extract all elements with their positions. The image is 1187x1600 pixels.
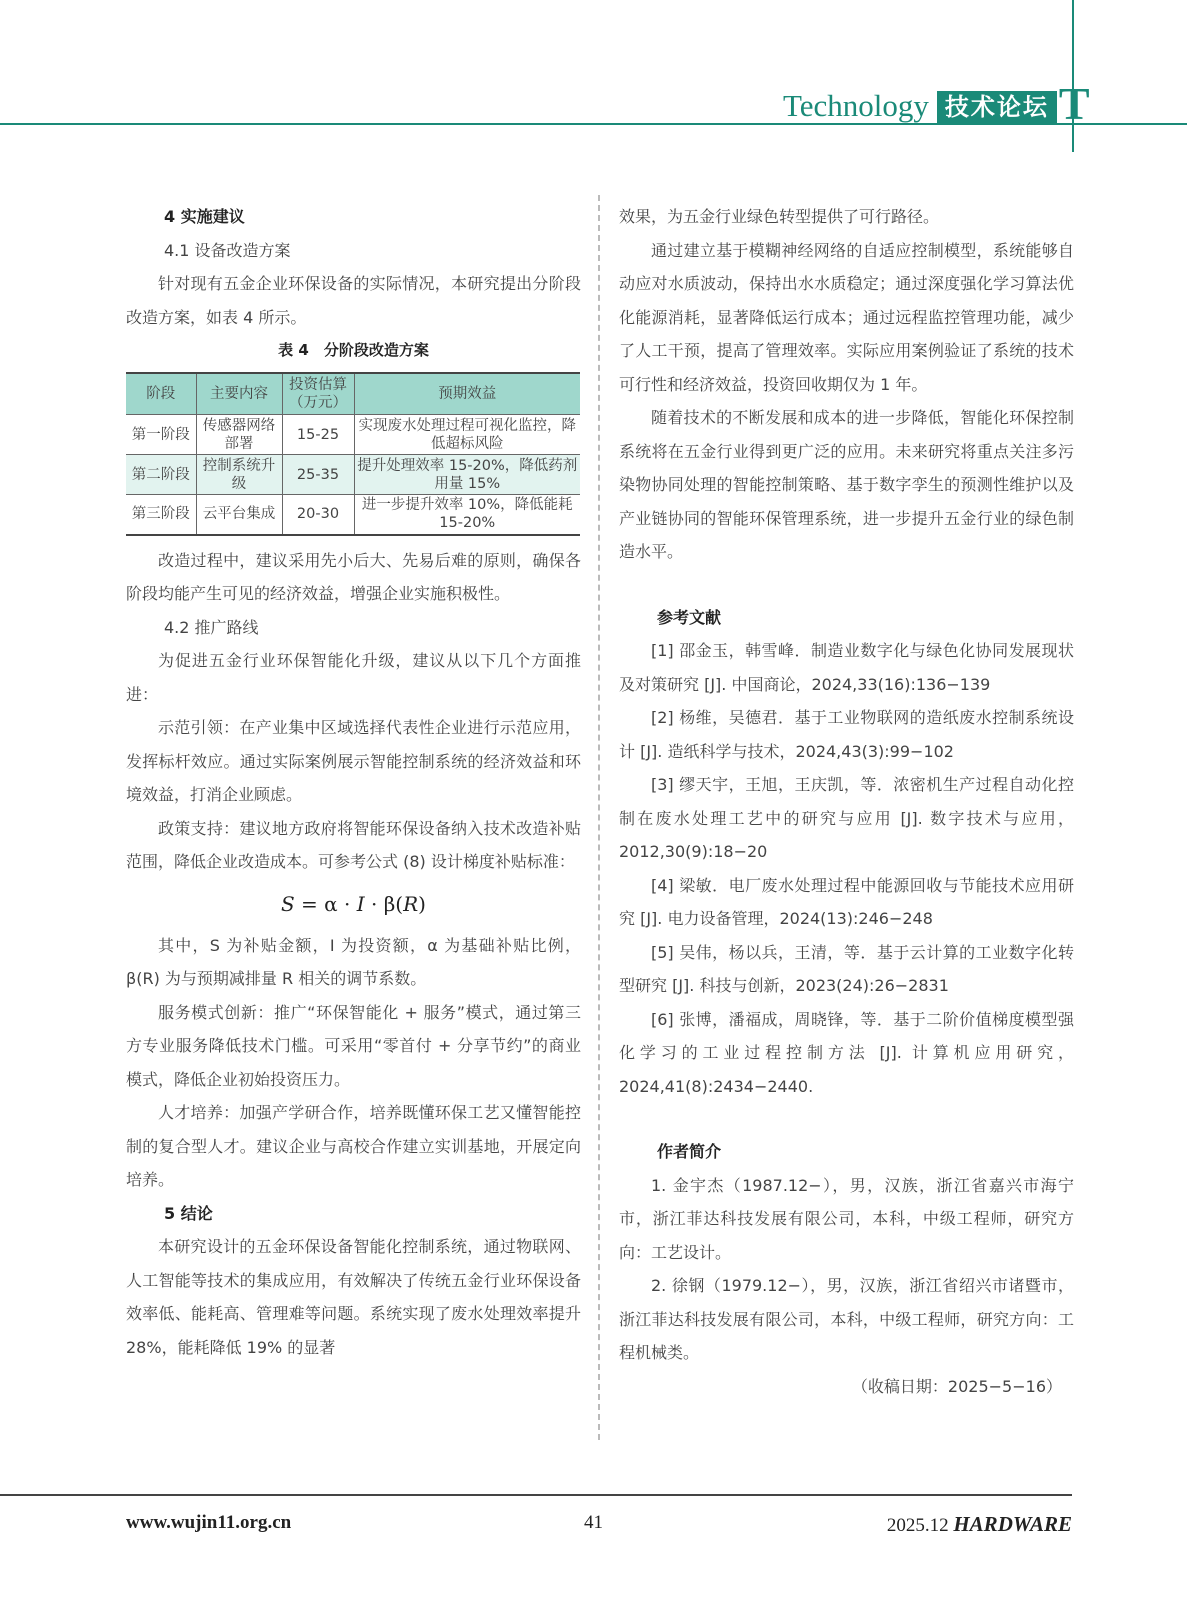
reference-item: [4] 梁敏．电厂废水处理过程中能源回收与节能技术应用研究 [J]. 电力设备管… bbox=[619, 869, 1074, 936]
table-header-row: 阶段 主要内容 投资估算（万元） 预期效益 bbox=[126, 373, 580, 415]
reference-item: [5] 吴伟，杨以兵，王清，等．基于云计算的工业数字化转型研究 [J]. 科技与… bbox=[619, 936, 1074, 1003]
table-row: 第三阶段 云平台集成 20-30 进一步提升效率 10%，降低能耗 15-20% bbox=[126, 495, 580, 535]
subsection-heading-4-2: 4.2 推广路线 bbox=[126, 611, 581, 645]
table-cell: 第一阶段 bbox=[126, 415, 196, 455]
table-cell: 提升处理效率 15-20%，降低药剂用量 15% bbox=[354, 455, 580, 495]
table-cell: 控制系统升级 bbox=[196, 455, 282, 495]
table-header-cell: 阶段 bbox=[126, 373, 196, 415]
reference-item: [6] 张博，潘福成，周晓锋，等．基于二阶价值梯度模型强化学习的工业过程控制方法… bbox=[619, 1003, 1074, 1104]
table-cell: 进一步提升效率 10%，降低能耗 15-20% bbox=[354, 495, 580, 535]
section-heading-4: 4 实施建议 bbox=[126, 200, 581, 234]
table-cell: 传感器网络部署 bbox=[196, 415, 282, 455]
page-number: 41 bbox=[584, 1512, 603, 1534]
paragraph: 为促进五金行业环保智能化升级，建议从以下几个方面推进： bbox=[126, 644, 581, 711]
table-header-cell: 投资估算（万元） bbox=[282, 373, 354, 415]
paragraph: 效果，为五金行业绿色转型提供了可行路径。 bbox=[619, 200, 1074, 234]
section-heading-5: 5 结论 bbox=[126, 1197, 581, 1231]
table-cell: 实现废水处理过程可视化监控，降低超标风险 bbox=[354, 415, 580, 455]
magazine-name: HARDWARE bbox=[953, 1512, 1072, 1536]
phase-plan-table: 阶段 主要内容 投资估算（万元） 预期效益 第一阶段 传感器网络部署 15-25… bbox=[126, 372, 580, 536]
table-cell: 第二阶段 bbox=[126, 455, 196, 495]
brand-chinese: 技术论坛 bbox=[937, 91, 1057, 124]
paragraph: 改造过程中，建议采用先小后大、先易后难的原则，确保各阶段均能产生可见的经济效益，… bbox=[126, 544, 581, 611]
section-header-brand: Technology 技术论坛 T bbox=[783, 86, 1090, 124]
table-caption: 表 4 分阶段改造方案 bbox=[126, 336, 581, 364]
author-bio: 1. 金宇杰（1987.12−），男，汉族，浙江省嘉兴市海宁市，浙江菲达科技发展… bbox=[619, 1169, 1074, 1270]
paragraph: 其中，S 为补贴金额，I 为投资额，α 为基础补贴比例，β(R) 为与预期减排量… bbox=[126, 929, 581, 996]
table-cell: 15-25 bbox=[282, 415, 354, 455]
references-heading: 参考文献 bbox=[619, 601, 1074, 635]
table-header-cell: 主要内容 bbox=[196, 373, 282, 415]
left-column: 4 实施建议 4.1 设备改造方案 针对现有五金企业环保设备的实际情况，本研究提… bbox=[126, 200, 581, 1364]
reference-item: [2] 杨维，吴德君．基于工业物联网的造纸废水控制系统设计 [J]. 造纸科学与… bbox=[619, 701, 1074, 768]
author-bio-heading: 作者简介 bbox=[619, 1135, 1074, 1169]
paragraph: 人才培养：加强产学研合作，培养既懂环保工艺又懂智能控制的复合型人才。建议企业与高… bbox=[126, 1096, 581, 1197]
footer-issue: 2025.12 HARDWARE bbox=[887, 1512, 1072, 1537]
header-vertical-rule bbox=[1072, 0, 1074, 152]
table-cell: 第三阶段 bbox=[126, 495, 196, 535]
table-header-cell: 预期效益 bbox=[354, 373, 580, 415]
reference-item: [1] 邵金玉，韩雪峰．制造业数字化与绿色化协同发展现状及对策研究 [J]. 中… bbox=[619, 634, 1074, 701]
paragraph: 随着技术的不断发展和成本的进一步降低，智能化环保控制系统将在五金行业得到更广泛的… bbox=[619, 401, 1074, 569]
footer-url: www.wujin11.org.cn bbox=[126, 1512, 291, 1534]
subsidy-formula: S = α · I · β(R) bbox=[126, 879, 581, 929]
table-cell: 云平台集成 bbox=[196, 495, 282, 535]
table-cell: 20-30 bbox=[282, 495, 354, 535]
received-date: （收稿日期：2025−5−16） bbox=[619, 1370, 1074, 1404]
reference-item: [3] 缪天宇，王旭，王庆凯，等．浓密机生产过程自动化控制在废水处理工艺中的研究… bbox=[619, 768, 1074, 869]
paragraph: 政策支持：建议地方政府将智能环保设备纳入技术改造补贴范围，降低企业改造成本。可参… bbox=[126, 812, 581, 879]
paragraph: 示范引领：在产业集中区域选择代表性企业进行示范应用，发挥标杆效应。通过实际案例展… bbox=[126, 711, 581, 812]
footer-rule bbox=[0, 1494, 1072, 1496]
paragraph: 通过建立基于模糊神经网络的自适应控制模型，系统能够自动应对水质波动，保持出水水质… bbox=[619, 234, 1074, 402]
table-row: 第二阶段 控制系统升级 25-35 提升处理效率 15-20%，降低药剂用量 1… bbox=[126, 455, 580, 495]
paragraph: 针对现有五金企业环保设备的实际情况，本研究提出分阶段改造方案，如表 4 所示。 bbox=[126, 267, 581, 334]
right-column: 效果，为五金行业绿色转型提供了可行路径。 通过建立基于模糊神经网络的自适应控制模… bbox=[619, 200, 1074, 1403]
column-divider bbox=[598, 195, 600, 1440]
subsection-heading-4-1: 4.1 设备改造方案 bbox=[126, 234, 581, 268]
author-bio: 2. 徐钢（1979.12−），男，汉族，浙江省绍兴市诸暨市，浙江菲达科技发展有… bbox=[619, 1269, 1074, 1370]
brand-english: Technology bbox=[783, 88, 929, 124]
paragraph: 本研究设计的五金环保设备智能化控制系统，通过物联网、人工智能等技术的集成应用，有… bbox=[126, 1230, 581, 1364]
table-cell: 25-35 bbox=[282, 455, 354, 495]
table-row: 第一阶段 传感器网络部署 15-25 实现废水处理过程可视化监控，降低超标风险 bbox=[126, 415, 580, 455]
paragraph: 服务模式创新：推广“环保智能化 + 服务”模式，通过第三方专业服务降低技术门槛。… bbox=[126, 996, 581, 1097]
page-footer: www.wujin11.org.cn 41 2025.12 HARDWARE bbox=[0, 1512, 1072, 1542]
brand-letter-icon: T bbox=[1059, 84, 1090, 124]
